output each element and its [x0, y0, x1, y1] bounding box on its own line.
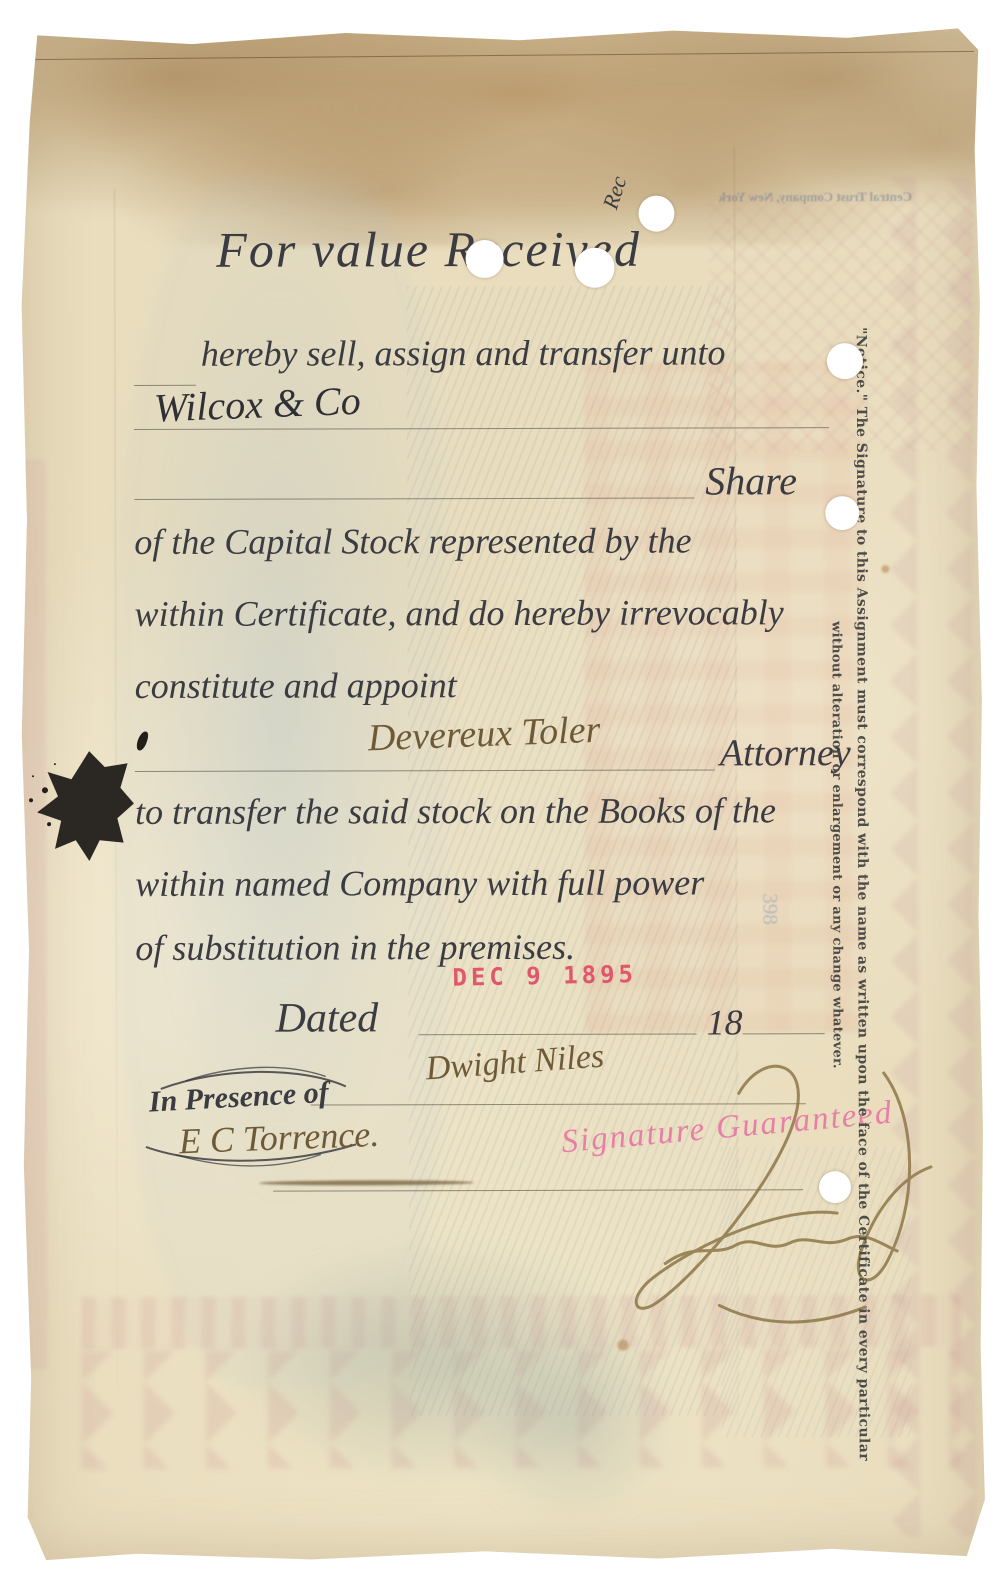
ink-splatter: [42, 787, 48, 793]
paragraph-line: of the Capital Stock represented by the: [134, 520, 691, 563]
transfer-notice-line-1: "Notice." The Signature to this Assignme…: [853, 327, 871, 1245]
paragraph-line: within Certificate, and do hereby irrevo…: [134, 591, 783, 635]
paragraph-line: to transfer the said stock on the Books …: [135, 789, 776, 833]
showthrough-company-name: Central Trust Company, New York: [718, 189, 912, 206]
showthrough-left-border: [19, 459, 47, 1369]
punch-hole: [575, 248, 615, 288]
page-title: For value Received: [128, 219, 728, 279]
year-prefix: 18: [707, 1001, 743, 1043]
showthrough-number: 398: [757, 893, 782, 925]
witness-signature: E C Torrence.: [178, 1113, 380, 1162]
foxing-spot: [881, 565, 889, 573]
paragraph-line: constitute and appoint: [135, 664, 457, 707]
transfer-notice-line-2: without alteration or enlargement or any…: [829, 621, 845, 1013]
paragraph-line: within named Company with full power: [135, 861, 704, 904]
assignment-line-1: hereby sell, assign and transfer unto: [201, 331, 726, 374]
punch-hole: [819, 1171, 851, 1203]
punch-hole: [638, 196, 674, 232]
guarantor-signature-flourish: [579, 1055, 950, 1346]
punch-hole: [466, 240, 504, 278]
year-rule: [743, 1033, 825, 1034]
punch-hole: [825, 496, 859, 530]
attorney-name-handwritten: Devereux Toler: [367, 708, 601, 761]
punch-hole: [827, 343, 863, 379]
date-received-stamp: DEC 9 1895: [452, 960, 637, 992]
certificate-back-paper: Central Trust Company, New York 398 Rec …: [18, 27, 986, 1564]
share-label: Share: [705, 457, 797, 504]
assignee-handwritten: Wilcox & Co: [153, 377, 361, 432]
dated-label: Dated: [276, 994, 379, 1042]
